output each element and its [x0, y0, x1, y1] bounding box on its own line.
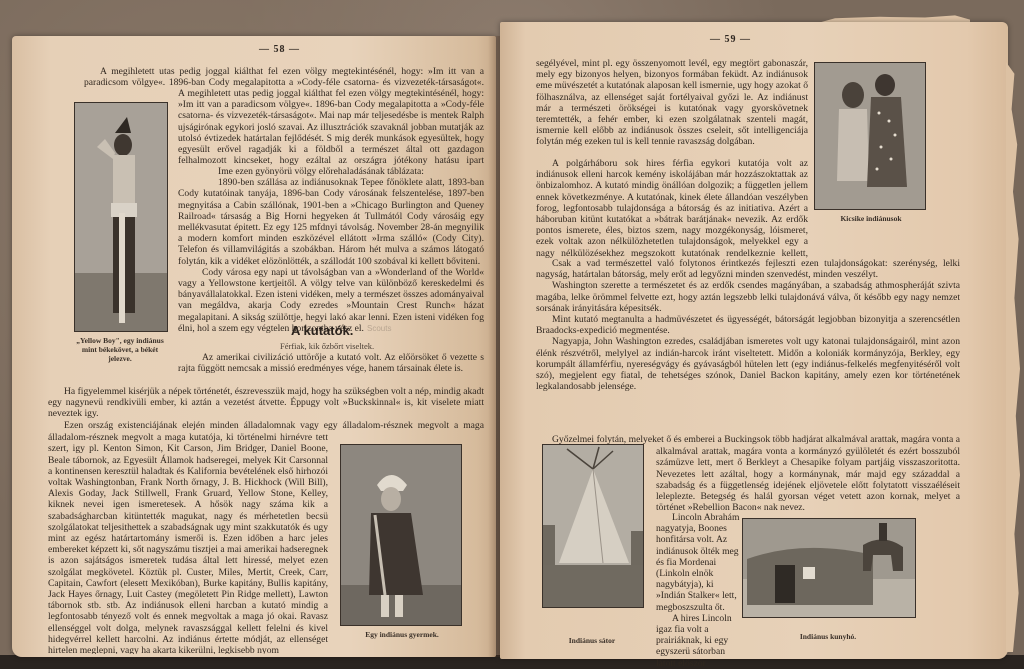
right-page: — 59 — segélyével, mint pl. egy összenyo… [500, 22, 1008, 659]
body-full-width: Ha figyelemmel kisérjük a népek történet… [48, 386, 484, 420]
photo-caption: Egy indiánus gyermek. [342, 630, 462, 639]
photo-indian-hut [742, 518, 916, 618]
body-top-column: segélyével, mint pl. egy összenyomott le… [536, 58, 808, 158]
photo-caption: „Yellow Boy", egy indiánus mint békeköve… [70, 336, 170, 363]
paragraph: Washington szerette a természetet és az … [536, 280, 960, 314]
paragraph: 1890-ben szállása az indiánusoknak Tepee… [178, 177, 484, 267]
child-headdress-figure-icon [341, 445, 461, 625]
body-indented-column: Győzelmei folytán, melyeket ő és emberei… [656, 446, 960, 512]
paragraph: Csak a vad természettel való folytonos é… [536, 258, 960, 280]
body-mid-column: A polgárháboru sok hires férfia egykori … [536, 158, 808, 258]
pencil-annotation: Scouts [367, 324, 391, 333]
photo-caption: Kicsike indiánusok [816, 214, 926, 223]
warrior-figure-icon [75, 103, 167, 331]
paragraph: Győzelmei folytán, melyeket ő és emberei… [656, 446, 960, 512]
paragraph: Mint kutató megtanulta a hadmüvészetet é… [536, 314, 960, 336]
paragraph: A polgárháboru sok hires férfia egykori … [536, 158, 808, 258]
paragraph: Ha figyelemmel kisérjük a népek történet… [48, 386, 484, 420]
paragraph: A megihletett utas pedig joggal kiálthat… [84, 66, 484, 88]
two-children-figure-icon [815, 63, 925, 209]
torn-edge [1006, 62, 1020, 652]
section-lead: Az amerikai civilizáció uttörője a kutat… [178, 352, 484, 374]
paragraph: Ezen ország existenciájának elején minde… [48, 432, 328, 654]
body-narrow-column: Lincoln Abrahám nagyatyja, Boones honfit… [656, 512, 740, 669]
paragraph: Ime ezen gyönyörü völgy előrehaladásának… [178, 166, 484, 177]
paragraph: A hires Lincoln igaz fia volt a prairiák… [656, 613, 740, 669]
paragraph: Nagyapja, John Washington ezredes, csalá… [536, 336, 960, 392]
paragraph: Az amerikai civilizáció uttörője a kutat… [178, 352, 484, 374]
paragraph: segélyével, mint pl. egy összenyomott le… [536, 58, 808, 148]
tepee-icon [543, 445, 643, 607]
section-title: A kutatók. [291, 323, 353, 338]
intro-first-lines: A megihletett utas pedig joggal kiálthat… [84, 66, 484, 88]
paragraph: Ezen ország existenciájának elején minde… [48, 420, 484, 432]
photo-yellow-boy [74, 102, 168, 332]
section-subtitle: Férfiak, kik őzbőrt viseltek. [280, 341, 374, 351]
photo-little-indians [814, 62, 926, 210]
paragraph: Lincoln Abrahám nagyatyja, Boones honfit… [656, 512, 740, 613]
intro-column: A megihletett utas pedig joggal kiálthat… [178, 88, 484, 334]
body-bridge-line: Ezen ország existenciájának elején minde… [48, 420, 484, 432]
hut-and-rider-icon [743, 519, 915, 617]
body-narrow-column: Ezen ország existenciájának elején minde… [48, 432, 328, 654]
paragraph: A megihletett utas pedig joggal kiálthat… [178, 88, 484, 166]
left-page: — 58 — A megihletett utas pedig joggal k… [12, 36, 496, 657]
page-number: — 58 — [259, 44, 300, 55]
photo-indian-child [340, 444, 462, 626]
photo-tepee [542, 444, 644, 608]
page-number: — 59 — [710, 34, 751, 45]
photo-caption: Indiánus kunyhó. [742, 632, 914, 641]
body-full-width: Csak a vad természettel való folytonos é… [536, 258, 960, 434]
photo-caption: Indiánus sátor [540, 636, 644, 645]
